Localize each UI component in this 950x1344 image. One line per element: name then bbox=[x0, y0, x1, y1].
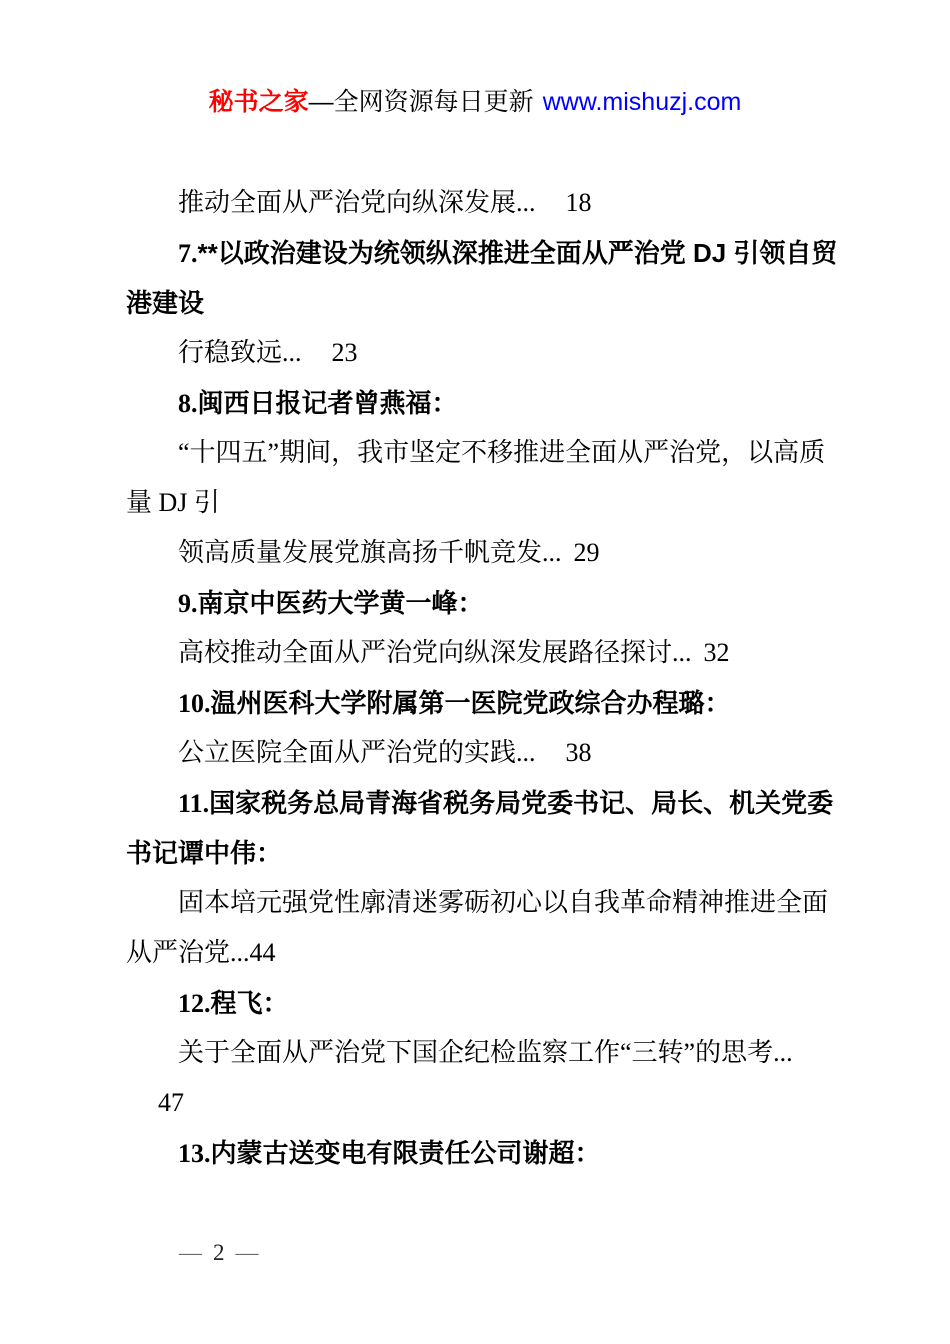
toc-line: 固本培元强党性廓清迷雾砺初心以自我革命精神推进全面 bbox=[126, 878, 850, 928]
toc-line: 量 DJ 引 bbox=[126, 478, 850, 528]
toc-line: 13.内蒙古送变电有限责任公司谢超： bbox=[126, 1128, 850, 1178]
toc-entry-text: 国家税务总局青海省税务局党委书记、局长、机关党委 bbox=[209, 788, 833, 818]
site-tagline: —全网资源每日更新 bbox=[309, 88, 534, 116]
toc-item-number: 10. bbox=[178, 689, 211, 718]
toc-line: 高校推动全面从严治党向纵深发展路径探讨...32 bbox=[126, 628, 850, 678]
toc-item-number: 9. bbox=[178, 589, 198, 618]
toc-line: 9.南京中医药大学黄一峰： bbox=[126, 578, 850, 628]
footer-right-dash: — bbox=[236, 1240, 259, 1265]
toc-page-number: 38 bbox=[566, 738, 592, 767]
toc-entry-text: 高校推动全面从严治党向纵深发展路径探讨... bbox=[178, 638, 692, 667]
toc-page-number: 47 bbox=[158, 1088, 184, 1117]
toc-line: 47 bbox=[126, 1078, 850, 1128]
toc-entry-text: 温州医科大学附属第一医院党政综合办程璐： bbox=[211, 688, 731, 718]
toc-entry-text: 内蒙古送变电有限责任公司谢超： bbox=[211, 1138, 601, 1168]
toc-item-number: 11. bbox=[178, 789, 209, 818]
toc-page-number: 29 bbox=[574, 538, 600, 567]
toc-item-number: 13. bbox=[178, 1139, 211, 1168]
toc-line: 11.国家税务总局青海省税务局党委书记、局长、机关党委 bbox=[126, 778, 850, 828]
footer-page-number: 2 bbox=[213, 1240, 225, 1265]
toc-line: 12.程飞： bbox=[126, 978, 850, 1028]
toc-page-number: 18 bbox=[566, 188, 592, 217]
toc-line: 行稳致远...23 bbox=[126, 328, 850, 378]
footer-left-dash: — bbox=[179, 1240, 202, 1265]
toc-line: 8.闽西日报记者曾燕福： bbox=[126, 378, 850, 428]
toc-item-number: 8. bbox=[178, 389, 198, 418]
toc-entry-text: 南京中医药大学黄一峰： bbox=[198, 588, 484, 618]
toc-entry-text: 书记谭中伟： bbox=[126, 838, 282, 868]
toc-page-number: 23 bbox=[332, 338, 358, 367]
document-page: 秘书之家—全网资源每日更新www.mishuzj.com 推动全面从严治党向纵深… bbox=[0, 0, 950, 1344]
toc-line: 领高质量发展党旗高扬千帆竞发...29 bbox=[126, 528, 850, 578]
toc-line: 公立医院全面从严治党的实践...38 bbox=[126, 728, 850, 778]
toc-entry-text: 公立医院全面从严治党的实践... bbox=[178, 738, 536, 767]
toc-entry-text: 固本培元强党性廓清迷雾砺初心以自我革命精神推进全面 bbox=[178, 888, 828, 917]
toc-line: 关于全面从严治党下国企纪检监察工作“三转”的思考... bbox=[126, 1028, 850, 1078]
site-url: www.mishuzj.com bbox=[543, 88, 742, 116]
toc-entry-text: 闽西日报记者曾燕福： bbox=[198, 388, 458, 418]
toc-entry-text: 从严治党...44 bbox=[126, 938, 276, 967]
site-header: 秘书之家—全网资源每日更新www.mishuzj.com bbox=[0, 86, 950, 118]
toc-entry-text: “十四五”期间，我市坚定不移推进全面从严治党，以高质 bbox=[178, 438, 825, 467]
toc-entry-text: 港建设 bbox=[126, 288, 204, 318]
toc-entry-text: 领高质量发展党旗高扬千帆竞发... bbox=[178, 538, 562, 567]
toc-entry-text: 推动全面从严治党向纵深发展... bbox=[178, 188, 536, 217]
toc-line: 推动全面从严治党向纵深发展...18 bbox=[126, 178, 850, 228]
toc-line: 从严治党...44 bbox=[126, 928, 850, 978]
toc-item-number: 12. bbox=[178, 989, 211, 1018]
toc-line: “十四五”期间，我市坚定不移推进全面从严治党，以高质 bbox=[126, 428, 850, 478]
toc-line: 港建设 bbox=[126, 278, 850, 328]
toc-line: 7.**以政治建设为统领纵深推进全面从严治党 DJ 引领自贸 bbox=[126, 228, 850, 278]
toc-line: 10.温州医科大学附属第一医院党政综合办程璐： bbox=[126, 678, 850, 728]
toc-entry-text: 量 DJ 引 bbox=[126, 488, 220, 517]
toc-entry-text: 程飞： bbox=[211, 988, 289, 1018]
toc-item-number: 7. bbox=[178, 239, 198, 268]
toc-entry-text: 关于全面从严治党下国企纪检监察工作“三转”的思考... bbox=[178, 1038, 793, 1067]
site-name: 秘书之家 bbox=[209, 88, 309, 116]
toc-line: 书记谭中伟： bbox=[126, 828, 850, 878]
page-footer: —2— bbox=[179, 1240, 259, 1266]
toc-page-number: 32 bbox=[704, 638, 730, 667]
toc-entry-text: 行稳致远... bbox=[178, 338, 302, 367]
toc-content: 推动全面从严治党向纵深发展...18 7.**以政治建设为统领纵深推进全面从严治… bbox=[126, 178, 850, 1178]
toc-entry-text: **以政治建设为统领纵深推进全面从严治党 DJ 引领自贸 bbox=[198, 238, 838, 268]
